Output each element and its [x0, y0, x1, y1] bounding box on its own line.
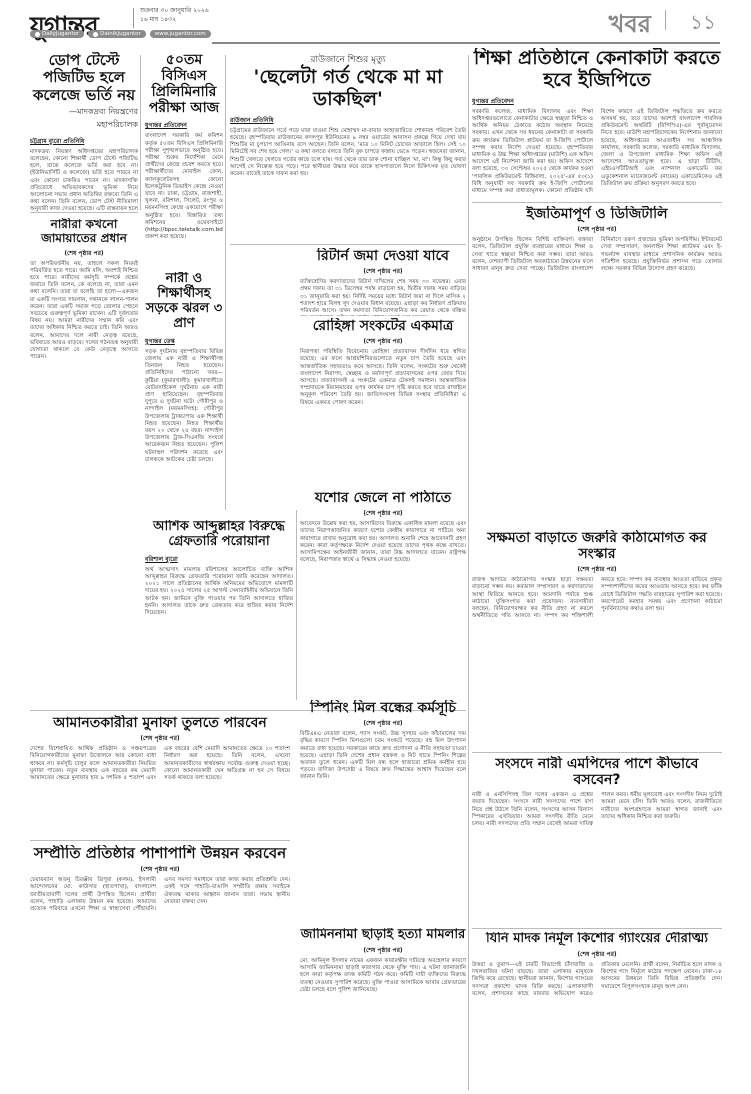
section-title: খবর [609, 6, 651, 46]
story-women-mps: সংসদে নারী এমপিদের পাশে কীভাবে বসবেন? না… [472, 756, 722, 926]
continued-note: (শেষ পৃষ্ঠার পর) [300, 336, 466, 347]
continued-note: (শেষ পৃষ্ঠার পর) [472, 949, 722, 960]
x-icon [35, 32, 40, 37]
headline: 'ছেলেটা গর্ত থেকে মা মা ডাকছিল' [230, 67, 466, 111]
headline: রোহিঙ্গা সংকটের একমাত্র [300, 318, 466, 334]
story-divider [30, 840, 290, 841]
headline: শিক্ষা প্রতিষ্ঠানে কেনাকাটা করতে হবে ইজি… [472, 48, 722, 92]
continued-note: (শেষ পৃষ্ঠার পর) [300, 718, 466, 729]
story-spinning-mill: স্পিনিং মিল বন্ধের কর্মসূচি (শেষ পৃষ্ঠার… [300, 700, 466, 870]
article-body: আবেদনে উল্লেখ করা হয়, আসামিদের বিরুদ্ধে… [300, 521, 466, 564]
date-bengali: ১৬ মাঘ ১৪৩২ [140, 15, 209, 24]
article-body: সরকারি কলেজ, মাধ্যমিক বিদ্যালয় এবং শিক্… [472, 109, 722, 195]
column-divider [140, 55, 141, 210]
newspaper-logo: যুগান্তর [30, 6, 98, 50]
subhead: —মাদকদ্রব্য নিয়ন্ত্রণের মহাপরিচালক [30, 106, 138, 132]
article-body: সড়ক দুর্ঘটনায় বৃহস্পতিবার বিভিন্ন জেলা… [145, 349, 223, 464]
story-divider [472, 202, 722, 203]
headline: স্পিনিং মিল বন্ধের কর্মসূচি [300, 700, 466, 716]
masthead: যুগান্তর শুক্রবার ৩০ জানুয়ারি ২০২৬ ১৬ ম… [0, 0, 751, 50]
date-gregorian: শুক্রবার ৩০ জানুয়ারি ২০২৬ [140, 6, 209, 15]
continued-note: (শেষ পৃষ্ঠার পর) [472, 224, 722, 235]
article-body: মো. আমিনুল ইসলাম নামের একজন কারারক্ষীর দ… [300, 958, 466, 994]
article-body: চেয়ারম্যান অতনু চিরঞ্জীব ত্রিপুরা (কলম)… [30, 877, 290, 913]
headline: সংসদে নারী এমপিদের পাশে কীভাবে বসবেন? [472, 756, 722, 788]
story-return-submission: রিটার্ন জমা দেওয়া যাবে (শেষ পৃষ্ঠার পর)… [300, 248, 466, 316]
article-body: নিরাপত্তা পরিস্থিতি বিবেচনায় রোহিঙ্গা প… [300, 349, 466, 407]
story-divider [472, 752, 722, 753]
logo-divider [133, 8, 134, 28]
headline: আমানতকারীরা মুনাফা তুলতে পারবেন [30, 715, 290, 731]
story-jessore-jail: যশোর জেলে না পাঠাতে (শেষ পৃষ্ঠার পর) আবে… [300, 490, 466, 690]
article-body: মাদকদ্রব্য নিয়ন্ত্রণ অধিদপ্তরের মহাপরিচ… [30, 149, 138, 212]
headline: ডোপ টেস্টে পজিটিভ হলে কলেজে ভর্তি নয় [30, 52, 138, 104]
story-bail-murder: জামিননামা ছাড়াই হত্যা মামলার (শেষ পৃষ্ঠ… [300, 928, 466, 1093]
byline: যুগান্তর প্রতিবেদন [472, 96, 722, 107]
social-link-facebook[interactable]: DainikJugantor [88, 30, 146, 38]
article-body: নারী ও এনসিপিসহ তিন দলের একজন এ প্রশ্নের… [472, 792, 722, 828]
story-road-accident: নারী ও শিক্ষার্থীসহ সড়কে ঝরল ৩ প্রাণ যু… [145, 272, 223, 507]
article-body: তা অপরিবর্তনীয় নয়, তাহলে সকল নিয়মই পর… [30, 261, 138, 362]
article-body: চট্টগ্রামের রাউজানে গর্তে পড়ে মারা যাওয… [230, 128, 466, 178]
story-divider [230, 244, 466, 245]
continued-note: (শেষ পৃষ্ঠার পর) [30, 733, 290, 744]
headline: রিটার্ন জমা দেওয়া যাবে [300, 248, 466, 264]
social-link-x[interactable]: DailyJugantor [30, 30, 84, 38]
byline: চট্টগ্রাম ব্যুরো প্রতিনিধি [30, 136, 138, 147]
story-digital: ইজতিমাপূর্ণ ও ডিজিটালি (শেষ পৃষ্ঠার পর) … [472, 206, 722, 526]
byline: বরিশাল ব্যুরো [145, 554, 293, 565]
article-body: উত্তরা ও তুরাগ—এই চারটি বিভাগেই চাঁদাবাজ… [472, 962, 722, 998]
story-dope-test: ডোপ টেস্টে পজিটিভ হলে কলেজে ভর্তি নয় —ম… [30, 52, 138, 212]
story-rohingya: রোহিঙ্গা সংকটের একমাত্র (শেষ পৃষ্ঠার পর)… [300, 318, 466, 488]
article-body: অনুষ্ঠানে উপস্থিত ছিলেন বিশিষ্ট ব্যক্তিব… [472, 237, 722, 273]
continued-note: (শেষ পৃষ্ঠার পর) [300, 508, 466, 519]
story-drug-gang: যিনি মাদক নির্মূল কিশোর গ্যাংয়ের দৌরাত্… [472, 932, 722, 1092]
article-body: ব্যক্তিশ্রেণির করদাতাদের রিটার্ন দাখিলের… [300, 279, 466, 316]
dateline: শুক্রবার ৩০ জানুয়ারি ২০২৬ ১৬ মাঘ ১৪৩২ [140, 6, 209, 24]
continued-note: (শেষ পৃষ্ঠার পর) [300, 266, 466, 277]
page-number: ১১ [690, 8, 716, 41]
story-education: শিক্ষা প্রতিষ্ঠানে কেনাকাটা করতে হবে ইজি… [472, 48, 722, 198]
story-womens-leader: নারীরা কখনো জামায়াতের প্রধান (শেষ পৃষ্ঠ… [30, 218, 138, 708]
article-body: দেশের বিশেষায়িত আর্থিক প্রতিষ্ঠান ও সঞ্… [30, 746, 290, 782]
story-harmony: সম্প্রীতি প্রতিষ্ঠার পাশাপাশি উন্নয়ন কর… [30, 845, 290, 1090]
story-depositors: আমানতকারীরা মুনাফা তুলতে পারবেন (শেষ পৃষ… [30, 715, 290, 835]
headline: নারীরা কখনো জামায়াতের প্রধান [30, 218, 138, 246]
column-divider [225, 55, 226, 510]
story-bcs: ৫০তম বিসিএস প্রিলিমিনারি পরীক্ষা আজ যুগা… [145, 52, 223, 252]
social-links: DailyJugantor DainikJugantor www.juganto… [30, 30, 211, 38]
byline: রাউজান প্রতিনিধি [230, 115, 466, 126]
continued-note: (শেষ পৃষ্ঠার পর) [300, 945, 466, 956]
column-divider [468, 55, 469, 1090]
column-divider [296, 510, 297, 700]
headline: ৫০তম বিসিএস প্রিলিমিনারি পরীক্ষা আজ [145, 52, 223, 116]
headline: নারী ও শিক্ষার্থীসহ সড়কে ঝরল ৩ প্রাণ [145, 272, 223, 332]
byline: যুগান্তর প্রতিবেদন [145, 120, 223, 131]
headline: সক্ষমতা বাড়াতে জরুরি কাঠামোগত কর সংস্কা… [472, 530, 722, 562]
headline: যিনি মাদক নির্মূল কিশোর গ্যাংয়ের দৌরাত্… [472, 932, 722, 947]
article-body: অর্থ আত্মসাৎ মামলায় বরিশালের আলোচিত ব্য… [145, 567, 293, 617]
byline: যুগান্তর ডেস্ক [145, 336, 223, 347]
article-body: বিটিএমএ নেতারা বলেন, গ্যাস সংকট, উচ্চ সু… [300, 731, 466, 781]
article-body: রাজস্ব আদায়ে কাঠামোগত সংস্কার ছাড়া সক্… [472, 577, 722, 620]
headline: আশিক আব্দুল্লাহর বিরুদ্ধে গ্রেফতারি পরোয… [145, 520, 293, 550]
story-ashik-warrant: আশিক আব্দুল্লাহর বিরুদ্ধে গ্রেফতারি পরোয… [145, 520, 293, 700]
continued-note: (শেষ পৃষ্ঠার পর) [30, 864, 290, 875]
headline: সম্প্রীতি প্রতিষ্ঠার পাশাপাশি উন্নয়ন কর… [30, 845, 290, 862]
continued-note: (শেষ পৃষ্ঠার পর) [472, 564, 722, 575]
facebook-icon [93, 32, 98, 37]
continued-note: (শেষ পৃষ্ঠার পর) [30, 248, 138, 259]
section-divider [665, 10, 666, 30]
kicker: রাউজানে শিশুর মৃত্যু [230, 52, 466, 67]
story-tax-reform: সক্ষমতা বাড়াতে জরুরি কাঠামোগত কর সংস্কা… [472, 530, 722, 750]
article-body: বাংলাদেশ সরকারি কর্ম কমিশন কর্তৃক ৫০তম ব… [145, 133, 223, 241]
story-divider [30, 212, 138, 213]
headline: যশোর জেলে না পাঠাতে [300, 490, 466, 506]
headline: জামিননামা ছাড়াই হত্যা মামলার [300, 928, 466, 943]
story-divider [472, 928, 722, 929]
social-link-web[interactable]: www.jugantor.com [150, 30, 211, 38]
headline: ইজতিমাপূর্ণ ও ডিজিটালি [472, 206, 722, 222]
story-raozan: রাউজানে শিশুর মৃত্যু 'ছেলেটা গর্ত থেকে ম… [230, 52, 466, 242]
